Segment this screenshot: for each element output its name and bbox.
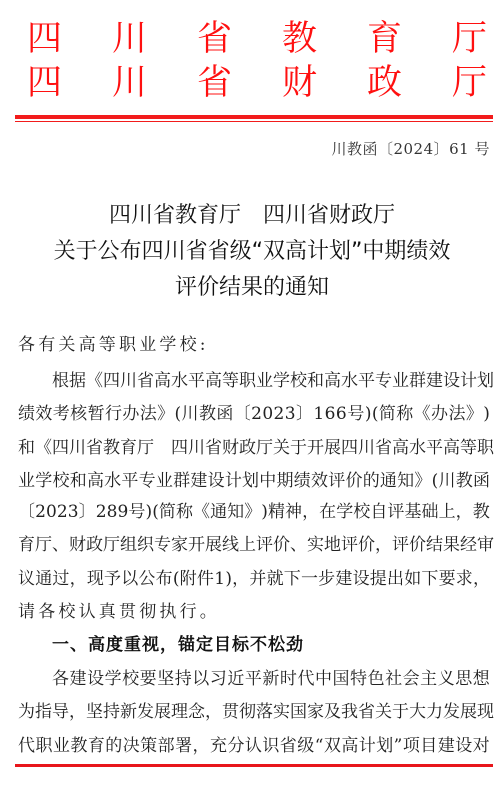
paragraph-line: 代职业教育的决策部署，充分认识省级“双高计划”项目建设对 xyxy=(18,734,490,758)
masthead-char: 川 xyxy=(112,19,146,59)
masthead-char: 财 xyxy=(282,63,316,103)
title-line-2: 关于公布四川省省级“双高计划”中期绩效 xyxy=(0,237,504,267)
title-line-1: 四川省教育厅 四川省财政厅 xyxy=(0,201,504,231)
masthead-char: 厅 xyxy=(452,19,486,59)
section-heading: 一、高度重视，锚定目标不松劲 xyxy=(52,633,304,657)
masthead-char: 厅 xyxy=(452,63,486,103)
paragraph-line: 业学校和高水平专业群建设计划中期绩效评价的通知》(川教函 xyxy=(18,469,490,493)
paragraph-line: 〔2023〕289 号)(简称《通知》)精神，在学校自评基础上，教 xyxy=(18,500,490,524)
page-bottom-rule xyxy=(15,764,493,767)
paragraph-line: 和《四川省教育厅 四川省财政厅关于开展四川省高水平高等职 xyxy=(18,436,490,460)
masthead-char: 省 xyxy=(197,63,231,103)
masthead-char: 四 xyxy=(27,63,61,103)
paragraph-line: 议通过，现予以公布(附件 1)，并就下一步建设提出如下要求， xyxy=(18,567,490,591)
title-line-3: 评价结果的通知 xyxy=(0,273,504,303)
masthead-char: 川 xyxy=(112,63,146,103)
masthead-char: 四 xyxy=(27,19,61,59)
masthead-row-finance: 四 川 省 财 政 厅 xyxy=(0,63,504,103)
paragraph-line: 请各校认真贯彻执行。 xyxy=(18,600,490,624)
masthead-rule-thick xyxy=(15,115,493,119)
masthead-rule-thin xyxy=(15,121,493,122)
salutation: 各有关高等职业学校: xyxy=(18,333,490,357)
document-number: 川教函〔2024〕61 号 xyxy=(331,139,490,159)
document-page: 四 川 省 教 育 厅 四 川 省 财 政 厅 川教函〔2024〕61 号 四川… xyxy=(0,0,504,785)
masthead-char: 政 xyxy=(367,63,401,103)
masthead-char: 育 xyxy=(367,19,401,59)
masthead-char: 省 xyxy=(197,19,231,59)
paragraph-line: 各建设学校要坚持以习近平新时代中国特色社会主义思想 xyxy=(52,667,490,691)
paragraph-line: 为指导，坚持新发展理念，贯彻落实国家及我省关于大力发展现 xyxy=(18,700,490,724)
paragraph-line: 根据《四川省高水平高等职业学校和高水平专业群建设计划 xyxy=(52,369,490,393)
masthead-char: 教 xyxy=(282,19,316,59)
paragraph-line: 育厅、财政厅组织专家开展线上评价、实地评价，评价结果经审 xyxy=(18,533,490,557)
paragraph-line: 绩效考核暂行办法》(川教函〔2023〕166 号)(简称《办法》) xyxy=(18,402,490,426)
masthead-row-education: 四 川 省 教 育 厅 xyxy=(0,19,504,59)
